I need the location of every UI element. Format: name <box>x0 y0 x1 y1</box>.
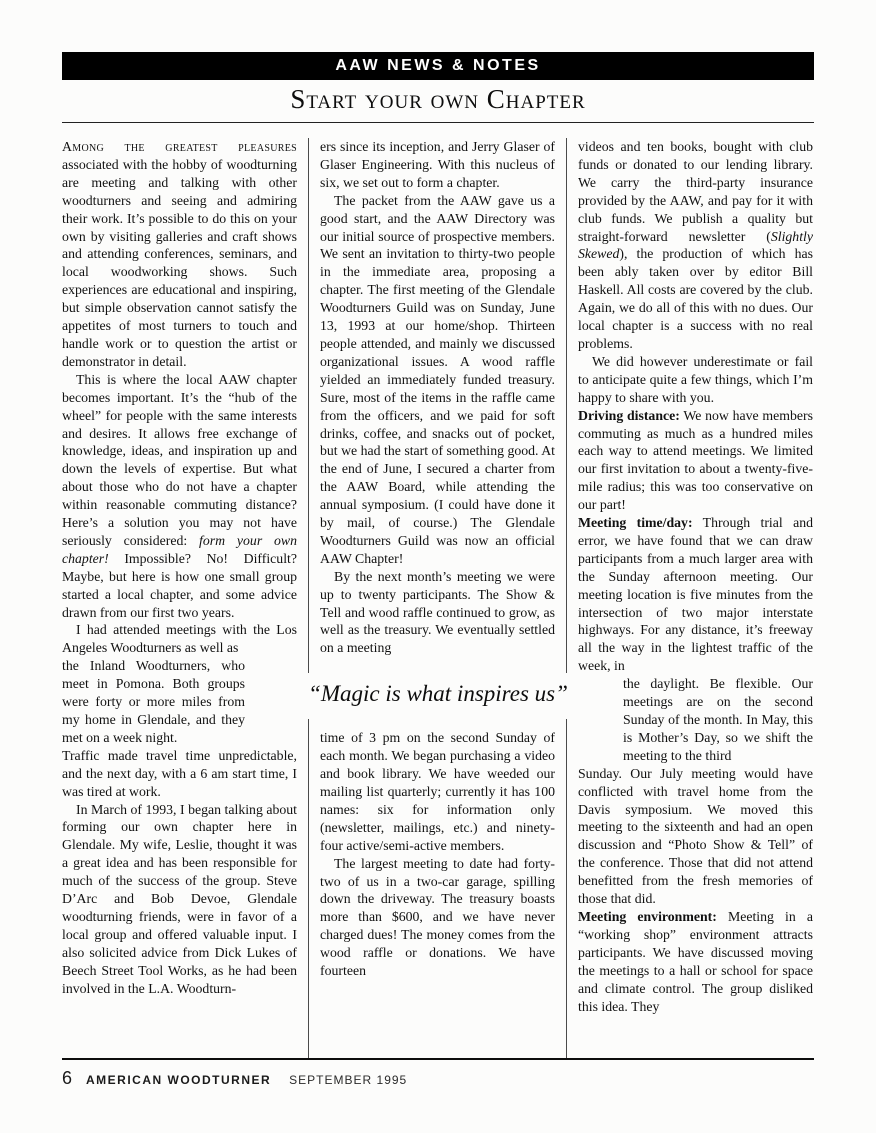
text-segment: By the next month’s meeting we were up t… <box>320 569 555 656</box>
text-segment: In March of 1993, I began talking about … <box>62 802 297 996</box>
paragraph: I had attended meetings with the Los Ang… <box>62 621 297 657</box>
paragraph: By the next month’s meeting we were up t… <box>320 568 555 658</box>
column-divider <box>308 138 309 1058</box>
text-segment: time of 3 pm on the second Sunday of eac… <box>320 730 555 852</box>
text-segment: associated with the hobby of woodturning… <box>62 157 297 369</box>
text-segment: Meeting time/day: <box>578 515 693 530</box>
magazine-name: AMERICAN WOODTURNER <box>86 1073 271 1087</box>
article-title: Start your own Chapter <box>0 84 876 115</box>
paragraph: the Inland Woodturners, who meet in Pomo… <box>62 657 245 747</box>
text-segment: The packet from the AAW gave us a good s… <box>320 193 555 566</box>
text-segment: This is where the local AAW chapter beco… <box>62 372 297 548</box>
issue-date: SEPTEMBER 1995 <box>289 1073 407 1087</box>
text-segment: the daylight. Be flexible. Our meetings … <box>623 676 813 763</box>
page-number: 6 <box>62 1068 72 1089</box>
pull-quote: “Magic is what inspires us” <box>262 673 614 719</box>
text-segment: Traffic made travel time unpredictable, … <box>62 748 297 799</box>
text-segment: Among the greatest pleasures <box>62 139 297 154</box>
paragraph: The largest meeting to date had forty-tw… <box>320 855 555 980</box>
text-segment: the Inland Woodturners, who meet in Pomo… <box>62 658 245 745</box>
text-segment: We now have members commuting as much as… <box>578 408 813 513</box>
column-2: ers since its inception, and Jerry Glase… <box>320 138 555 1058</box>
text-segment: I had attended meetings with the Los Ang… <box>62 622 297 655</box>
column-divider <box>566 138 567 1058</box>
paragraph: time of 3 pm on the second Sunday of eac… <box>320 729 555 854</box>
paragraph: videos and ten books, bought with club f… <box>578 138 813 353</box>
paragraph: This is where the local AAW chapter beco… <box>62 371 297 622</box>
paragraph: ers since its inception, and Jerry Glase… <box>320 138 555 192</box>
text-segment: Sunday. Our July meeting would have conf… <box>578 766 813 906</box>
column-3: videos and ten books, bought with club f… <box>578 138 813 1058</box>
text-segment: ), the production of which has been ably… <box>578 246 813 351</box>
paragraph: Meeting time/day: Through trial and erro… <box>578 514 813 675</box>
text-segment: Through trial and error, we have found t… <box>578 515 813 673</box>
column-1: Among the greatest pleasures associated … <box>62 138 297 1058</box>
magazine-page: AAW NEWS & NOTES Start your own Chapter … <box>0 0 876 1133</box>
paragraph: We did however underestimate or fail to … <box>578 353 813 407</box>
paragraph: The packet from the AAW gave us a good s… <box>320 192 555 568</box>
paragraph: Among the greatest pleasures associated … <box>62 138 297 371</box>
article-body: Among the greatest pleasures associated … <box>62 138 814 1058</box>
paragraph: Meeting environment: Meeting in a “worki… <box>578 908 813 1015</box>
text-segment: Meeting in a “working shop” environment … <box>578 909 813 1014</box>
page-footer: 6 AMERICAN WOODTURNER SEPTEMBER 1995 <box>62 1068 814 1089</box>
text-segment: We did however underestimate or fail to … <box>578 354 813 405</box>
paragraph: Traffic made travel time unpredictable, … <box>62 747 297 801</box>
paragraph: Driving distance: We now have members co… <box>578 407 813 514</box>
text-segment: The largest meeting to date had forty-tw… <box>320 856 555 978</box>
paragraph: In March of 1993, I began talking about … <box>62 801 297 998</box>
text-segment: Driving distance: <box>578 408 680 423</box>
text-segment: ers since its inception, and Jerry Glase… <box>320 139 555 190</box>
top-rule <box>62 122 814 123</box>
section-banner-title: AAW NEWS & NOTES <box>335 57 540 75</box>
paragraph: Sunday. Our July meeting would have conf… <box>578 765 813 908</box>
bottom-rule <box>62 1058 814 1060</box>
text-segment: Meeting environment: <box>578 909 717 924</box>
section-banner: AAW NEWS & NOTES <box>62 52 814 80</box>
paragraph: the daylight. Be flexible. Our meetings … <box>623 675 813 765</box>
